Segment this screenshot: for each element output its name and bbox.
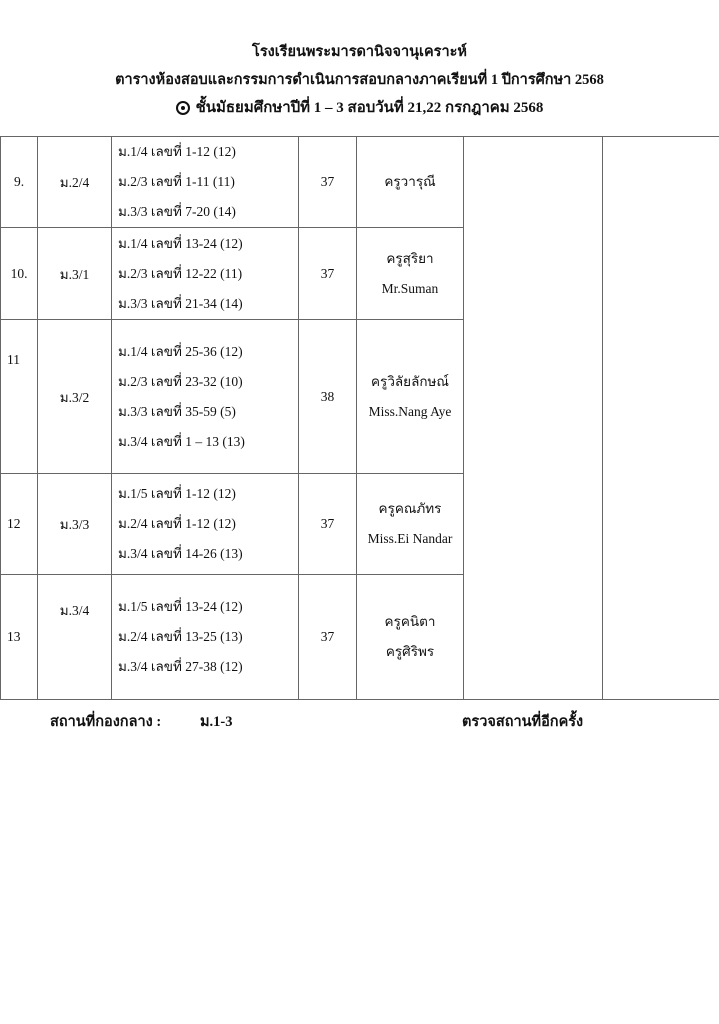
student-group-line: ม.1/5 เลขที่ 13-24 (12)	[118, 592, 298, 622]
student-groups: ม.1/4 เลขที่ 13-24 (12)ม.2/3 เลขที่ 12-2…	[112, 228, 299, 320]
central-location-value: ม.1-3	[200, 710, 233, 734]
table-row: 9.ม.2/4ม.1/4 เลขที่ 1-12 (12)ม.2/3 เลขที…	[1, 137, 719, 228]
student-group-line: ม.2/4 เลขที่ 1-12 (12)	[118, 509, 298, 539]
student-group-line: ม.3/4 เลขที่ 27-38 (12)	[118, 652, 298, 682]
row-number: 10.	[1, 228, 38, 320]
empty-column-b	[603, 137, 719, 700]
proctors: ครูวารุณี	[357, 137, 464, 228]
proctor-name: ครูวิลัยลักษณ์	[357, 367, 463, 397]
check-location-note: ตรวจสถานที่อีกครั้ง	[462, 710, 583, 734]
exam-room: ม.3/1	[38, 228, 112, 320]
school-name: โรงเรียนพระมารดานิจจานุเคราะห์	[0, 38, 719, 66]
proctor-name: ครูคนิตา	[357, 607, 463, 637]
student-total: 37	[299, 575, 357, 700]
student-groups: ม.1/5 เลขที่ 13-24 (12)ม.2/4 เลขที่ 13-2…	[112, 575, 299, 700]
student-group-line: ม.1/5 เลขที่ 1-12 (12)	[118, 479, 298, 509]
proctor-name: ครูสุริยา	[357, 244, 463, 274]
document-subtitle: ชั้นมัธยมศึกษาปีที่ 1 – 3 สอบวันที่ 21,2…	[0, 94, 719, 122]
proctors: ครูคนิตาครูศิริพร	[357, 575, 464, 700]
proctor-name: Miss.Ei Nandar	[357, 524, 463, 554]
student-group-line: ม.1/4 เลขที่ 1-12 (12)	[118, 137, 298, 167]
circled-dot-icon	[176, 101, 190, 115]
student-group-line: ม.2/3 เลขที่ 12-22 (11)	[118, 259, 298, 289]
proctor-name: ครูคณภัทร	[357, 494, 463, 524]
row-number: 12	[1, 474, 38, 575]
proctor-name: ครูศิริพร	[357, 637, 463, 667]
document-header: โรงเรียนพระมารดานิจจานุเคราะห์ ตารางห้อง…	[0, 38, 719, 122]
student-group-line: ม.3/4 เลขที่ 14-26 (13)	[118, 539, 298, 569]
student-group-line: ม.3/3 เลขที่ 35-59 (5)	[118, 397, 298, 427]
exam-room: ม.3/2	[38, 320, 112, 474]
student-group-line: ม.2/3 เลขที่ 23-32 (10)	[118, 367, 298, 397]
row-number: 9.	[1, 137, 38, 228]
student-total: 37	[299, 474, 357, 575]
central-location-label: สถานที่กองกลาง :	[50, 710, 161, 734]
exam-room: ม.3/4	[38, 575, 112, 700]
student-group-line: ม.1/4 เลขที่ 25-36 (12)	[118, 337, 298, 367]
student-total: 37	[299, 137, 357, 228]
student-total: 38	[299, 320, 357, 474]
proctors: ครูสุริยาMr.Suman	[357, 228, 464, 320]
subtitle-text: ชั้นมัธยมศึกษาปีที่ 1 – 3 สอบวันที่ 21,2…	[196, 100, 544, 116]
student-group-line: ม.1/4 เลขที่ 13-24 (12)	[118, 229, 298, 259]
exam-room: ม.2/4	[38, 137, 112, 228]
exam-room: ม.3/3	[38, 474, 112, 575]
student-total: 37	[299, 228, 357, 320]
document-title: ตารางห้องสอบและกรรมการดำเนินการสอบกลางภา…	[0, 66, 719, 94]
empty-column-a	[464, 137, 603, 700]
proctor-name: ครูวารุณี	[357, 167, 463, 197]
student-group-line: ม.3/3 เลขที่ 21-34 (14)	[118, 289, 298, 319]
proctor-name: Mr.Suman	[357, 274, 463, 304]
student-groups: ม.1/4 เลขที่ 1-12 (12)ม.2/3 เลขที่ 1-11 …	[112, 137, 299, 228]
student-group-line: ม.2/3 เลขที่ 1-11 (11)	[118, 167, 298, 197]
proctors: ครูวิลัยลักษณ์Miss.Nang Aye	[357, 320, 464, 474]
student-group-line: ม.2/4 เลขที่ 13-25 (13)	[118, 622, 298, 652]
student-groups: ม.1/5 เลขที่ 1-12 (12)ม.2/4 เลขที่ 1-12 …	[112, 474, 299, 575]
row-number: 13	[1, 575, 38, 700]
document-footer: สถานที่กองกลาง : ม.1-3 ตรวจสถานที่อีกครั…	[0, 710, 719, 734]
row-number: 11	[1, 320, 38, 474]
student-group-line: ม.3/4 เลขที่ 1 – 13 (13)	[118, 427, 298, 457]
proctors: ครูคณภัทรMiss.Ei Nandar	[357, 474, 464, 575]
student-groups: ม.1/4 เลขที่ 25-36 (12)ม.2/3 เลขที่ 23-3…	[112, 320, 299, 474]
proctor-name: Miss.Nang Aye	[357, 397, 463, 427]
exam-room-table: 9.ม.2/4ม.1/4 เลขที่ 1-12 (12)ม.2/3 เลขที…	[0, 136, 719, 700]
student-group-line: ม.3/3 เลขที่ 7-20 (14)	[118, 197, 298, 227]
